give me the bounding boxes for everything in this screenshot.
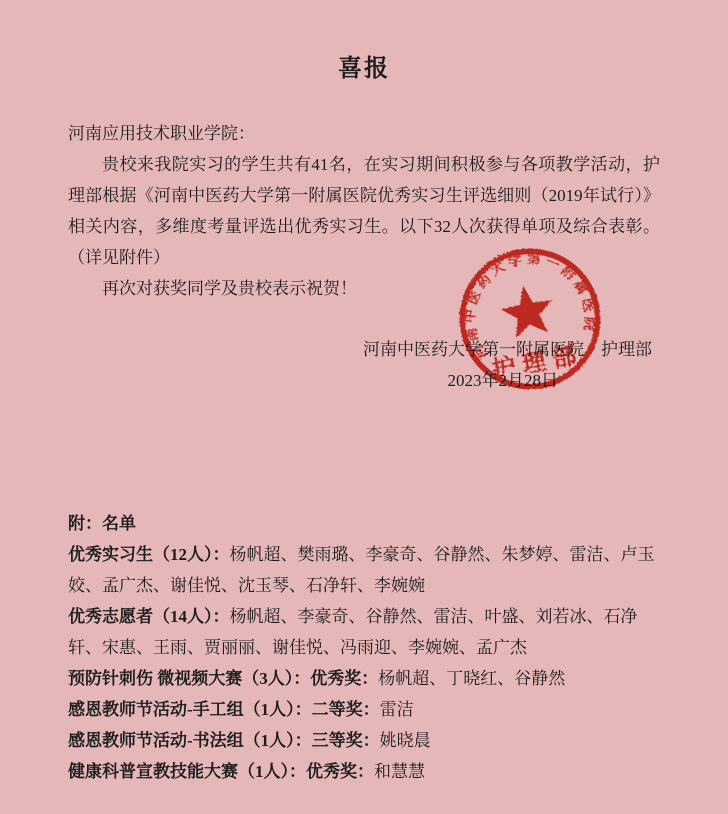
award-item: 优秀实习生（12人）：杨帆超、樊雨璐、李豪奇、谷静然、朱梦婷、雷洁、卢玉姣、孟广… [68,539,660,601]
award-label: 优秀志愿者（14人）： [68,607,230,626]
award-item: 健康科普宣教技能大赛（1人）：优秀奖：和慧慧 [68,756,660,787]
attachment-heading: 附：名单 [68,508,660,539]
salutation: 河南应用技术职业学院： [68,118,660,149]
award-item: 感恩教师节活动-手工组（1人）：二等奖：雷洁 [68,694,660,725]
award-label: 预防针刺伤 微视频大赛（3人）：优秀奖： [68,669,378,688]
document-content: 喜报 河南应用技术职业学院： 贵校来我院实习的学生共有41名，在实习期间积极参与… [0,0,728,787]
page-title: 喜报 [68,52,660,86]
signature-date: 2023年2月28日 [68,365,660,396]
announcement-page: 喜报 河南应用技术职业学院： 贵校来我院实习的学生共有41名，在实习期间积极参与… [0,0,728,814]
award-item: 优秀志愿者（14人）：杨帆超、李豪奇、谷静然、雷洁、叶盛、刘若冰、石净轩、宋惠、… [68,601,660,663]
award-names: 和慧慧 [374,762,425,781]
award-names: 雷洁 [380,700,414,719]
attachment-list: 附：名单 优秀实习生（12人）：杨帆超、樊雨璐、李豪奇、谷静然、朱梦婷、雷洁、卢… [68,508,660,787]
award-label: 优秀实习生（12人）： [68,545,230,564]
award-label: 感恩教师节活动-书法组（1人）：三等奖： [68,731,380,750]
body-paragraph-2: 再次对获奖同学及贵校表示祝贺！ [68,273,660,304]
signature-department: 护理部 [601,340,652,359]
award-item: 感恩教师节活动-书法组（1人）：三等奖：姚晓晨 [68,725,660,756]
signature-organization: 河南中医药大学第一附属医院 [363,340,584,359]
award-names: 姚晓晨 [380,731,431,750]
signature-line: 河南中医药大学第一附属医院护理部 [68,334,660,365]
signature-block: 河南中医药大学第一附属医院护理部 2023年2月28日 [68,334,660,396]
award-label: 健康科普宣教技能大赛（1人）：优秀奖： [68,762,374,781]
award-label: 感恩教师节活动-手工组（1人）：二等奖： [68,700,380,719]
award-names: 杨帆超、丁晓红、谷静然 [378,669,565,688]
body-paragraph-1: 贵校来我院实习的学生共有41名，在实习期间积极参与各项教学活动，护理部根据《河南… [68,149,660,273]
award-item: 预防针刺伤 微视频大赛（3人）：优秀奖：杨帆超、丁晓红、谷静然 [68,663,660,694]
